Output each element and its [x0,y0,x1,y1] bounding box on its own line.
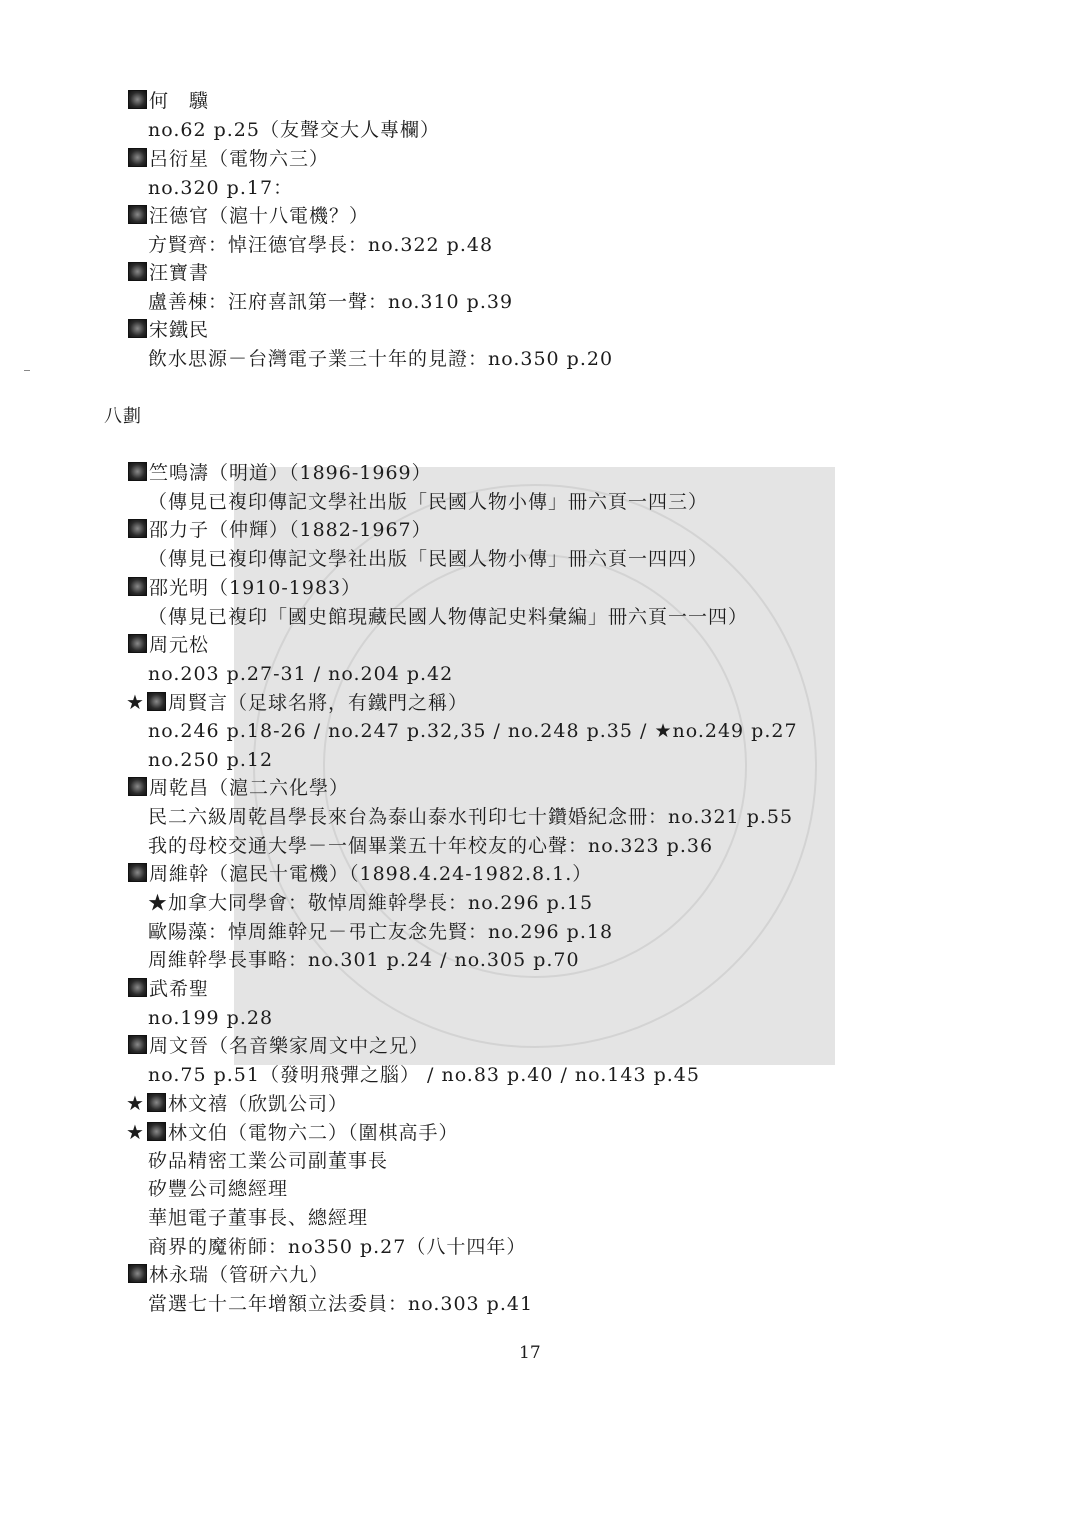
entry-name-text: 林永瑞（管研六九） [149,1264,329,1286]
entry-ref: 方賢齊：悼汪德官學長：no.322 p.48 [148,233,493,257]
entry-ref: 周維幹學長事略：no.301 p.24 / no.305 p.70 [148,948,580,972]
entry-name-text: 邵力子（仲輝）（1882-1967） [149,519,432,541]
seal-bullet-icon [128,262,147,281]
entry-ref: no.75 p.51（發明飛彈之腦） / no.83 p.40 / no.143… [148,1063,700,1087]
entry-ref: 華旭電子董事長、總經理 [148,1206,368,1230]
entry-ref: 我的母校交通大學－一個畢業五十年校友的心聲：no.323 p.36 [148,834,713,858]
entry-name-text: 周文晉（名音樂家周文中之兄） [149,1035,429,1057]
entry-ref: （傳見已複印傳記文學社出版「民國人物小傳」冊六頁一四四） [148,547,708,571]
entry-name: 周維幹（滬民十電機）（1898.4.24-1982.8.1.） [128,862,592,886]
entry-name-text: 周元松 [149,634,209,656]
entry-name-starred: ★林文伯（電物六二）（圍棋高手） [126,1120,458,1145]
document-page: 何 驥 no.62 p.25（友聲交大人專欄） 呂衍星（電物六三） no.320… [0,0,1069,1536]
entry-name: 周乾昌（滬二六化學） [128,776,349,800]
entry-ref: 飲水思源－台灣電子業三十年的見證：no.350 p.20 [148,347,613,371]
seal-bullet-icon [128,519,147,538]
entry-name-text: 何 驥 [149,90,209,112]
entry-name-text: 汪寶書 [149,262,209,284]
margin-mark [24,370,30,371]
entry-name-text: 竺鳴濤（明道）（1896-1969） [149,462,432,484]
seal-bullet-icon [128,90,147,109]
page-number: 17 [519,1343,541,1363]
entry-ref: no.62 p.25（友聲交大人專欄） [148,118,440,142]
seal-bullet-icon [128,863,147,882]
entry-name: 何 驥 [128,89,209,113]
star-icon: ★ [126,1120,145,1144]
entry-ref: no.246 p.18-26 / no.247 p.32,35 / no.248… [148,719,798,743]
entry-ref: 民二六級周乾昌學長來台為泰山泰水刊印七十鑽婚紀念冊：no.321 p.55 [148,805,793,829]
entry-name: 邵光明（1910-1983） [128,576,361,600]
seal-bullet-icon [128,978,147,997]
seal-bullet-icon [128,777,147,796]
entry-name-starred: ★周賢言（足球名將，有鐵門之稱） [126,690,468,715]
entry-name-text: 周維幹（滬民十電機）（1898.4.24-1982.8.1.） [149,863,592,885]
entry-ref: 商界的魔術師：no350 p.27（八十四年） [148,1235,526,1259]
entry-name: 林永瑞（管研六九） [128,1263,329,1287]
entry-ref: no.320 p.17： [148,176,293,200]
entry-name: 周文晉（名音樂家周文中之兄） [128,1034,429,1058]
entry-ref: 歐陽藻：悼周維幹兄－弔亡友念先賢：no.296 p.18 [148,920,613,944]
entry-ref: （傳見已複印「國史館現藏民國人物傳記史料彙編」冊六頁一一四） [148,605,748,629]
entry-name: 宋鐵民 [128,318,209,342]
entry-ref: no.250 p.12 [148,748,273,772]
entry-name: 邵力子（仲輝）（1882-1967） [128,518,432,542]
entry-name-text: 林文禧（欣凱公司） [168,1093,348,1115]
entry-ref: 當選七十二年增額立法委員：no.303 p.41 [148,1292,533,1316]
entry-ref: 盧善棟：汪府喜訊第一聲：no.310 p.39 [148,290,513,314]
star-icon: ★ [126,1091,145,1115]
seal-bullet-icon [128,1035,147,1054]
entry-name-text: 林文伯（電物六二）（圍棋高手） [168,1122,459,1144]
entry-ref: no.199 p.28 [148,1006,273,1030]
seal-bullet-icon [147,1122,166,1141]
seal-bullet-icon [128,205,147,224]
entry-name-text: 周乾昌（滬二六化學） [149,777,349,799]
entry-name: 呂衍星（電物六三） [128,147,329,171]
entry-name: 汪德官（滬十八電機？） [128,204,369,228]
entry-name: 汪寶書 [128,261,209,285]
seal-bullet-icon [128,577,147,596]
entry-ref: ★加拿大同學會：敬悼周維幹學長：no.296 p.15 [148,891,593,915]
entry-name-text: 邵光明（1910-1983） [149,577,361,599]
entry-name-starred: ★林文禧（欣凱公司） [126,1091,348,1116]
entry-ref: 矽品精密工業公司副董事長 [148,1149,388,1173]
seal-bullet-icon [147,1093,166,1112]
entry-ref: no.203 p.27-31 / no.204 p.42 [148,662,453,686]
entry-ref: （傳見已複印傳記文學社出版「民國人物小傳」冊六頁一四三） [148,490,708,514]
seal-bullet-icon [128,462,147,481]
star-icon: ★ [126,690,145,714]
entry-name-text: 汪德官（滬十八電機？） [149,205,369,227]
section-heading: 八劃 [104,405,142,429]
entry-ref: 矽豐公司總經理 [148,1177,288,1201]
entry-name: 武希聖 [128,977,209,1001]
seal-bullet-icon [128,148,147,167]
entry-name-text: 宋鐵民 [149,319,209,341]
entry-name-text: 武希聖 [149,978,209,1000]
seal-bullet-icon [128,319,147,338]
entry-name: 竺鳴濤（明道）（1896-1969） [128,461,432,485]
entry-name: 周元松 [128,633,209,657]
seal-bullet-icon [128,634,147,653]
seal-bullet-icon [128,1264,147,1283]
entry-name-text: 周賢言（足球名將，有鐵門之稱） [168,692,468,714]
entry-name-text: 呂衍星（電物六三） [149,148,329,170]
seal-bullet-icon [147,692,166,711]
